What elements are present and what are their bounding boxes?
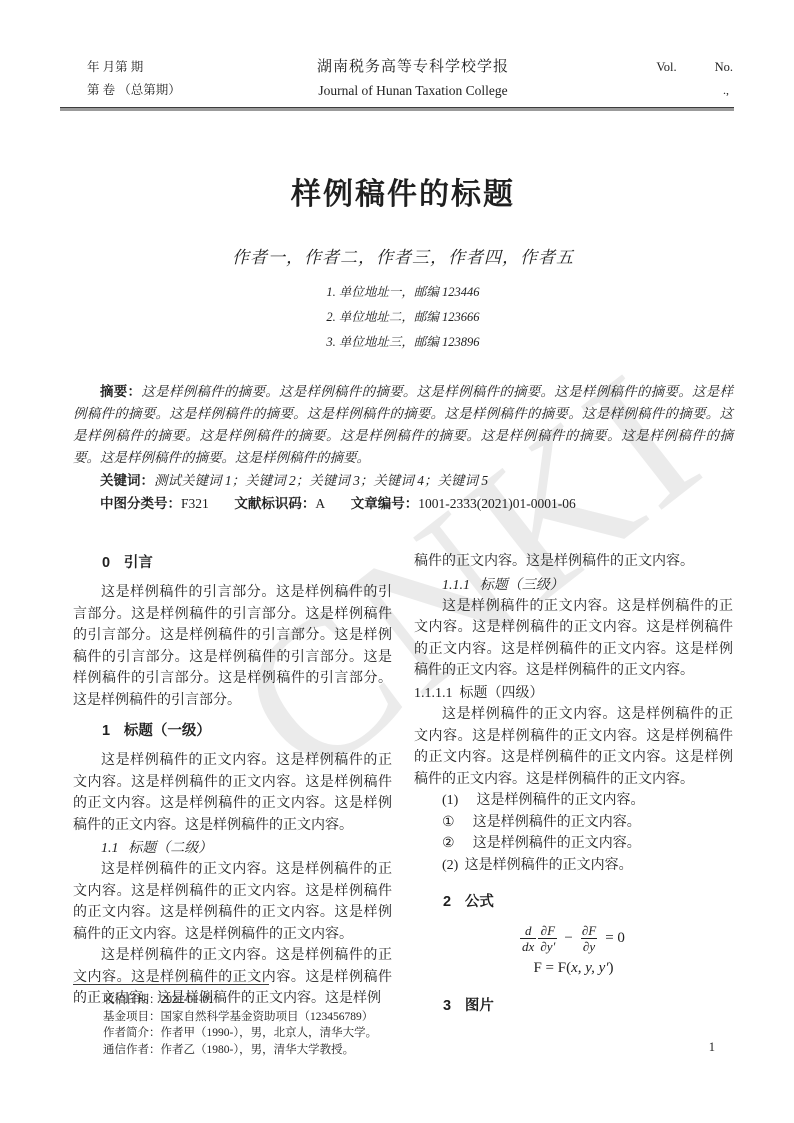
doc-code-value: A: [315, 496, 325, 511]
formula-variables: x, y, y′: [571, 960, 608, 976]
header-issue-block: 年 月第 期 第 卷 （总第期）: [73, 56, 243, 102]
heading-number: 1: [102, 723, 110, 739]
heading-level2: 1.1标题（二级）: [73, 838, 392, 859]
heading-text: 标题（二级）: [128, 841, 212, 856]
list-item-label: ②: [442, 836, 455, 851]
affiliation-line: 1. 单位地址一，邮编 123446: [73, 280, 733, 305]
doc-code-label: 文献标识码：: [234, 496, 315, 511]
footnote-line: 作者简介：作者甲（1990-），男，北京人，清华大学。: [73, 1025, 493, 1042]
body-paragraph: 这是样例稿件的正文内容。这是样例稿件的正文内容。这是样例稿件的正文内容。这是样例…: [414, 596, 733, 682]
footnote-label: 收稿日期：: [103, 994, 161, 1006]
fraction-denominator: ∂y: [581, 938, 597, 954]
list-item-text: 这是样例稿件的正文内容。: [477, 793, 645, 808]
vol-no-subline: .,: [583, 79, 733, 102]
classification-line: 中图分类号：F321文献标识码：A文章编号：1001-2333(2021)01-…: [73, 492, 733, 515]
heading-number: 1.1.1: [442, 578, 470, 593]
right-column: 稿件的正文内容。这是样例稿件的正文内容。 1.1.1标题（三级） 这是样例稿件的…: [414, 551, 733, 1013]
list-item-text: 这是样例稿件的正文内容。: [473, 815, 641, 830]
journal-page: CNKI 年 月第 期 第 卷 （总第期） 湖南税务高等专科学校学报 Journ…: [0, 0, 794, 1123]
header-journal-name: 湖南税务高等专科学校学报 Journal of Hunan Taxation C…: [243, 56, 583, 102]
clc-label: 中图分类号：: [100, 496, 181, 511]
footnote-line: 基金项目：国家自然科学基金资助项目（123456789）: [73, 1009, 493, 1026]
no-label: No.: [715, 56, 733, 79]
list-item: ②这是样例稿件的正文内容。: [414, 833, 733, 855]
body-paragraph-split-right: 稿件的正文内容。这是样例稿件的正文内容。: [414, 551, 733, 573]
heading-text: 公式: [465, 894, 494, 910]
list-item-label: (1): [442, 793, 458, 808]
body-columns: 0引言 这是样例稿件的引言部分。这是样例稿件的引言部分。这是样例稿件的引言部分。…: [73, 551, 733, 1013]
affiliation-line: 3. 单位地址三，邮编 123896: [73, 330, 733, 355]
vol-no-line: Vol. No.: [583, 56, 733, 79]
formula-text: F = F(: [533, 960, 571, 976]
page-number: 1: [709, 1040, 715, 1055]
list-item-label: ①: [442, 815, 455, 830]
intro-paragraph: 这是样例稿件的引言部分。这是样例稿件的引言部分。这是样例稿件的引言部分。这是样例…: [73, 582, 392, 711]
body-paragraph: 这是样例稿件的正文内容。这是样例稿件的正文内容。这是样例稿件的正文内容。这是样例…: [73, 859, 392, 945]
article-id-label: 文章编号：: [351, 496, 419, 511]
volume-line: 第 卷 （总第期）: [87, 79, 243, 102]
heading-number: 1.1.1.1: [414, 686, 453, 701]
list-item: (2)这是样例稿件的正文内容。: [414, 855, 733, 877]
fraction-numerator: ∂F: [580, 923, 598, 938]
page-content: 年 月第 期 第 卷 （总第期） 湖南税务高等专科学校学报 Journal of…: [0, 0, 794, 1123]
left-column: 0引言 这是样例稿件的引言部分。这是样例稿件的引言部分。这是样例稿件的引言部分。…: [73, 551, 392, 1013]
heading-formula: 2公式: [414, 892, 733, 913]
journal-name-cn: 湖南税务高等专科学校学报: [243, 56, 583, 79]
list-item: ①这是样例稿件的正文内容。: [414, 812, 733, 834]
vol-label: Vol.: [656, 56, 676, 79]
footnote-text: 作者甲（1990-），男，北京人，清华大学。: [161, 1027, 378, 1039]
heading-introduction: 0引言: [73, 553, 392, 574]
article-id-value: 1001-2333(2021)01-0001-06: [418, 496, 575, 511]
formula-functional: F = F(x, y, y′): [414, 958, 733, 980]
footnote-label: 通信作者：: [103, 1044, 161, 1056]
list-item: (1)这是样例稿件的正文内容。: [414, 790, 733, 812]
heading-level3: 1.1.1标题（三级）: [414, 575, 733, 596]
footnote-rule: [73, 984, 269, 985]
heading-level4: 1.1.1.1标题（四级）: [414, 683, 733, 705]
fraction-numerator: ∂F: [539, 923, 557, 938]
journal-name-en: Journal of Hunan Taxation College: [243, 79, 583, 102]
article-title: 样例稿件的标题: [73, 169, 733, 213]
issue-line: 年 月第 期: [87, 56, 243, 79]
body-paragraph: 这是样例稿件的正文内容。这是样例稿件的正文内容。这是样例稿件的正文内容。这是样例…: [414, 704, 733, 790]
heading-text: 标题（四级）: [460, 686, 544, 701]
keywords-line: 关键词：测试关键词 1；关键词 2；关键词 3；关键词 4；关键词 5: [73, 469, 733, 492]
abstract-label: 摘要：: [100, 384, 141, 399]
header-vol-block: Vol. No. .,: [583, 56, 733, 102]
authors-line: 作者一，作者二，作者三，作者四，作者五: [73, 243, 733, 268]
footnote-line: 通信作者：作者乙（1980-），男，清华大学教授。: [73, 1042, 493, 1059]
abstract-text: 这是样例稿件的摘要。这是样例稿件的摘要。这是样例稿件的摘要。这是样例稿件的摘要。…: [73, 384, 733, 465]
list-item-label: (2): [442, 858, 458, 873]
abstract-paragraph: 摘要：这是样例稿件的摘要。这是样例稿件的摘要。这是样例稿件的摘要。这是样例稿件的…: [73, 381, 733, 469]
footnote-text: 国家自然科学基金资助项目（123456789）: [161, 1011, 374, 1023]
fraction-denominator: dx: [520, 938, 536, 954]
heading-level1: 1标题（一级）: [73, 721, 392, 742]
heading-number: 2: [443, 894, 451, 910]
heading-number: 0: [102, 555, 110, 571]
formula-fraction-product: ddx ∂F∂y′: [520, 923, 557, 954]
heading-text: 引言: [124, 555, 153, 571]
heading-text: 标题（一级）: [124, 723, 211, 739]
clc-value: F321: [181, 496, 209, 511]
fraction-denominator: ∂y′: [538, 938, 557, 954]
list-item-text: 这是样例稿件的正文内容。: [473, 836, 641, 851]
formula-euler-lagrange: ddx ∂F∂y′ − ∂F∂y = 0: [414, 923, 733, 954]
list-item-text: 这是样例稿件的正文内容。: [465, 858, 633, 873]
keywords-label: 关键词：: [100, 473, 154, 488]
footnote-label: 基金项目：: [103, 1011, 161, 1023]
equals-zero: = 0: [605, 928, 625, 950]
body-paragraph: 这是样例稿件的正文内容。这是样例稿件的正文内容。这是样例稿件的正文内容。这是样例…: [73, 750, 392, 836]
fraction-dF-dyprime: ∂F∂y′: [538, 923, 557, 954]
affiliation-line: 2. 单位地址二，邮编 123666: [73, 305, 733, 330]
keywords-text: 测试关键词 1；关键词 2；关键词 3；关键词 4；关键词 5: [154, 473, 488, 488]
heading-text: 标题（三级）: [480, 578, 564, 593]
affiliations-block: 1. 单位地址一，邮编 123446 2. 单位地址二，邮编 123666 3.…: [73, 280, 733, 355]
fraction-numerator: d: [523, 923, 534, 938]
minus-operator: −: [564, 928, 572, 950]
footnote-label: 作者简介：: [103, 1027, 161, 1039]
header-rule: [60, 107, 734, 111]
footnote-text: 作者乙（1980-），男，清华大学教授。: [161, 1044, 355, 1056]
formula-text: ): [609, 960, 614, 976]
footnote-text: 2021-01-01: [161, 994, 215, 1006]
journal-header: 年 月第 期 第 卷 （总第期） 湖南税务高等专科学校学报 Journal of…: [73, 56, 733, 102]
fraction-d-dx: ddx: [520, 923, 536, 954]
heading-number: 1.1: [101, 841, 119, 856]
footnotes-block: 收稿日期：2021-01-01 基金项目：国家自然科学基金资助项目（123456…: [73, 984, 493, 1058]
fraction-dF-dy: ∂F∂y: [580, 923, 598, 954]
footnote-line: 收稿日期：2021-01-01: [73, 992, 493, 1009]
